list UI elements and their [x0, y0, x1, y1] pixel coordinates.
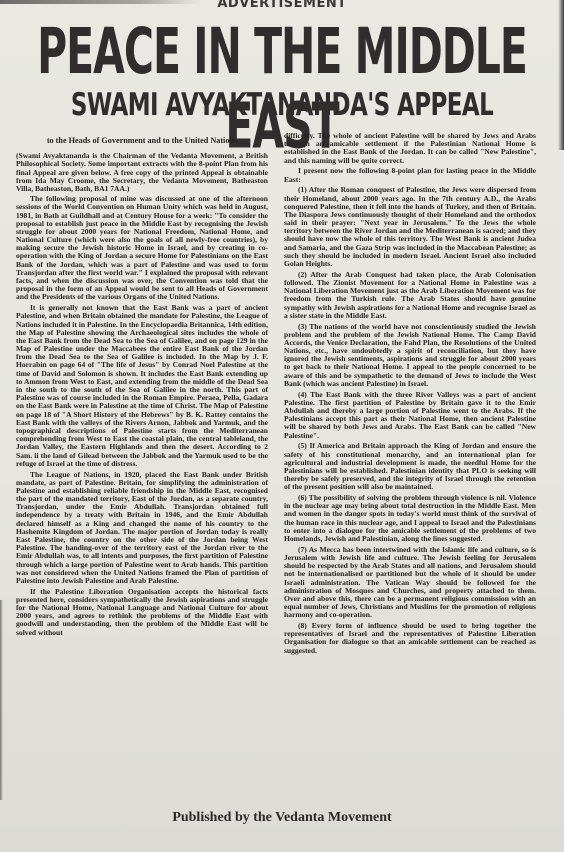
plan-point-paragraph: (5) If America and Britain approach the …	[284, 442, 536, 491]
body-paragraph: difficulty. The whole of ancient Palesti…	[284, 132, 536, 165]
plan-point-paragraph: (2) After the Arab Conquest had taken pl…	[284, 271, 536, 320]
body-paragraph: I present now the following 8-point plan…	[284, 167, 536, 183]
publisher-credit: Published by the Vedanta Movement	[0, 810, 564, 826]
right-column: difficulty. The whole of ancient Palesti…	[284, 132, 536, 657]
body-paragraph: It is generally not known that the East …	[16, 304, 268, 468]
left-column: to the Heads of Government and to the Un…	[16, 131, 268, 639]
plan-point-paragraph: (4) The East Bank with the three River V…	[284, 391, 536, 440]
subheadline: SWAMI AVYAKTANANDA'S APPEAL	[0, 88, 564, 123]
newspaper-page: ADVERTISEMENT PEACE IN THE MIDDLE EAST S…	[0, 0, 564, 852]
plan-point-paragraph: (3) The nations of the world have not co…	[284, 323, 536, 389]
column-heading: to the Heads of Government and to the Un…	[16, 137, 268, 145]
plan-point-paragraph: (6) The possibility of solving the probl…	[284, 494, 536, 543]
body-paragraph: The following proposal of mine was discu…	[16, 195, 268, 301]
plan-point-paragraph: (1) After the Roman conquest of Palestin…	[284, 186, 536, 268]
body-paragraph: If the Palestine Liberation Organisation…	[16, 588, 268, 637]
plan-point-paragraph: (8) Every form of influence should be us…	[284, 622, 536, 655]
intro-paragraph: (Swami Avyaktananda is the Chairman of t…	[16, 152, 268, 193]
body-paragraph: The League of Nations, in 1920, placed t…	[16, 471, 268, 586]
page-edge-shadow	[0, 600, 3, 800]
advertisement-label: ADVERTISEMENT	[0, 0, 564, 11]
plan-point-paragraph: (7) As Mecca has been intertwined with t…	[284, 546, 536, 620]
